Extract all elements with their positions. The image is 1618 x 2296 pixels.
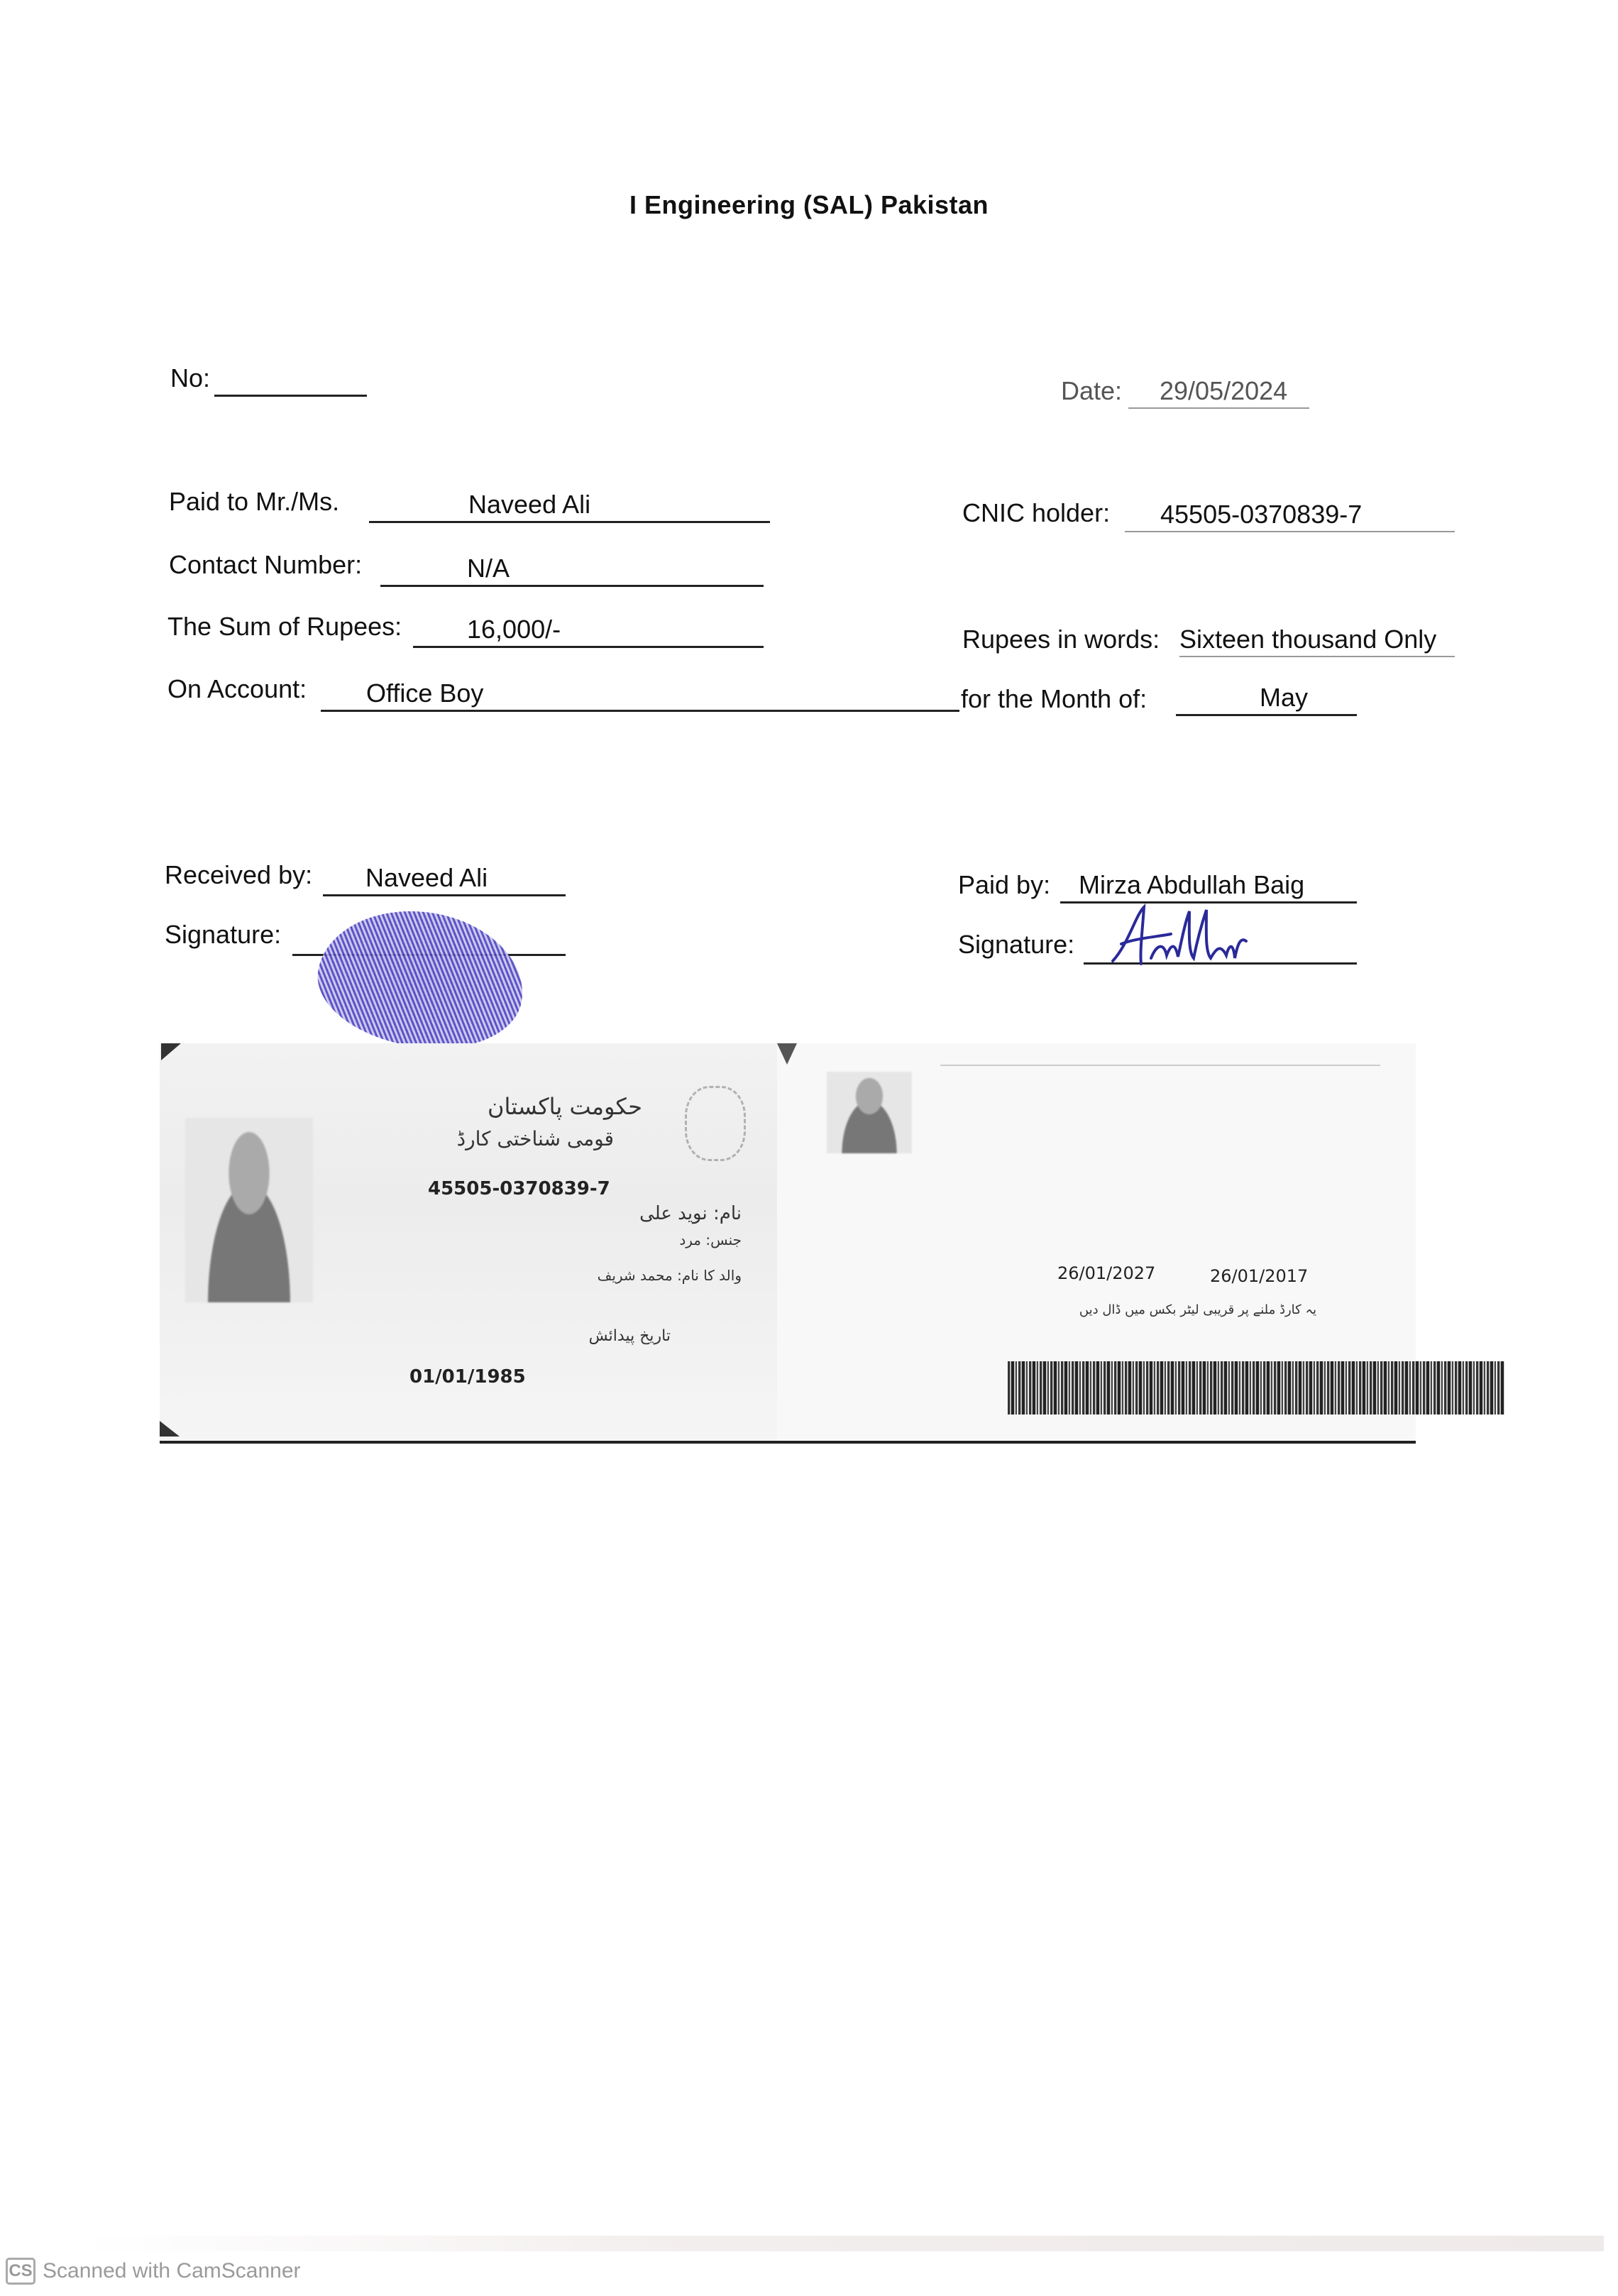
corner-mark [161,1043,181,1060]
cnic-dob-label: تاریخ پیدائش [493,1327,671,1345]
cnic-back-note: یہ کارڈ ملنے پر قریبی لیٹر بکس میں ڈال د… [962,1302,1316,1317]
cnic-photo-back [827,1072,912,1153]
cnic-holder-label: CNIC holder: [962,498,1110,528]
receipt-no-field [214,363,367,397]
cnic-gender: جنس: مرد [444,1231,742,1248]
paid-to-field: Naveed Ali [369,490,770,523]
sum-of-rupees-field: 16,000/- [413,615,764,648]
paid-by-label: Paid by: [958,870,1050,900]
received-by-label: Received by: [165,860,312,890]
on-account-value: Office Boy [366,679,483,708]
paid-by-signature-label: Signature: [958,930,1074,960]
cnic-front: حکومت پاکستان قومی شناختی کارڈ 45505-037… [160,1043,777,1441]
company-title: I Engineering (SAL) Pakistan [0,190,1618,220]
received-by-signature-label: Signature: [165,920,281,950]
scanner-watermark-text: Scanned with CamScanner [43,2259,301,2283]
paid-to-label: Paid to Mr./Ms. [169,487,339,517]
paid-by-value: Mirza Abdullah Baig [1079,870,1304,900]
scanner-watermark: CS Scanned with CamScanner [0,2253,301,2289]
paid-to-value: Naveed Ali [468,490,590,520]
cnic-date-of-issue: 26/01/2017 [1210,1266,1308,1286]
sum-of-rupees-value: 16,000/- [467,615,561,644]
rupees-in-words-value: Sixteen thousand Only [1179,625,1436,654]
cnic-photo-front [185,1118,313,1302]
cnic-date-of-birth: 01/01/1985 [409,1366,526,1388]
cnic-copy: حکومت پاکستان قومی شناختی کارڈ 45505-037… [160,1043,1416,1444]
corner-mark [160,1421,180,1437]
contact-number-value: N/A [467,554,510,583]
rupees-in-words-label: Rupees in words: [962,625,1160,654]
rupees-in-words-field: Sixteen thousand Only [1179,625,1455,657]
month-label: for the Month of: [961,684,1147,714]
cnic-back: 26/01/2027 26/01/2017 یہ کارڈ ملنے پر قر… [777,1043,1416,1441]
corner-mark [777,1043,797,1065]
sum-of-rupees-label: The Sum of Rupees: [167,612,402,642]
emblem-icon [685,1086,746,1161]
cnic-date-of-expiry: 26/01/2027 [1057,1263,1155,1283]
cnic-holder-value: 45505-0370839-7 [1160,500,1362,529]
receipt-no-label: No: [170,363,210,393]
cnic-father-name: والد کا نام: محمد شریف [444,1267,742,1284]
date-value: 29/05/2024 [1160,376,1287,406]
camscanner-logo-icon: CS [6,2258,35,2285]
cnic-name: نام: نوید علی [444,1203,742,1224]
on-account-field: Office Boy [321,679,959,712]
date-field: 29/05/2024 [1128,376,1309,409]
cnic-header-line1: حکومت پاکستان [373,1093,642,1120]
cnic-barcode [1008,1361,1504,1415]
contact-number-label: Contact Number: [169,550,362,580]
paid-by-field: Mirza Abdullah Baig [1060,870,1357,903]
contact-number-field: N/A [380,554,764,587]
date-label: Date: [1061,376,1122,406]
received-by-field: Naveed Ali [323,863,566,896]
month-value: May [1260,683,1308,713]
handwritten-signature [1107,901,1277,972]
month-field: May [1176,683,1357,716]
cnic-header-line2: قومی شناختی کارڈ [373,1127,614,1150]
on-account-label: On Account: [167,674,307,704]
cnic-identity-number: 45505-0370839-7 [428,1178,610,1199]
received-by-value: Naveed Ali [365,863,488,893]
cnic-holder-field: 45505-0370839-7 [1125,500,1455,532]
